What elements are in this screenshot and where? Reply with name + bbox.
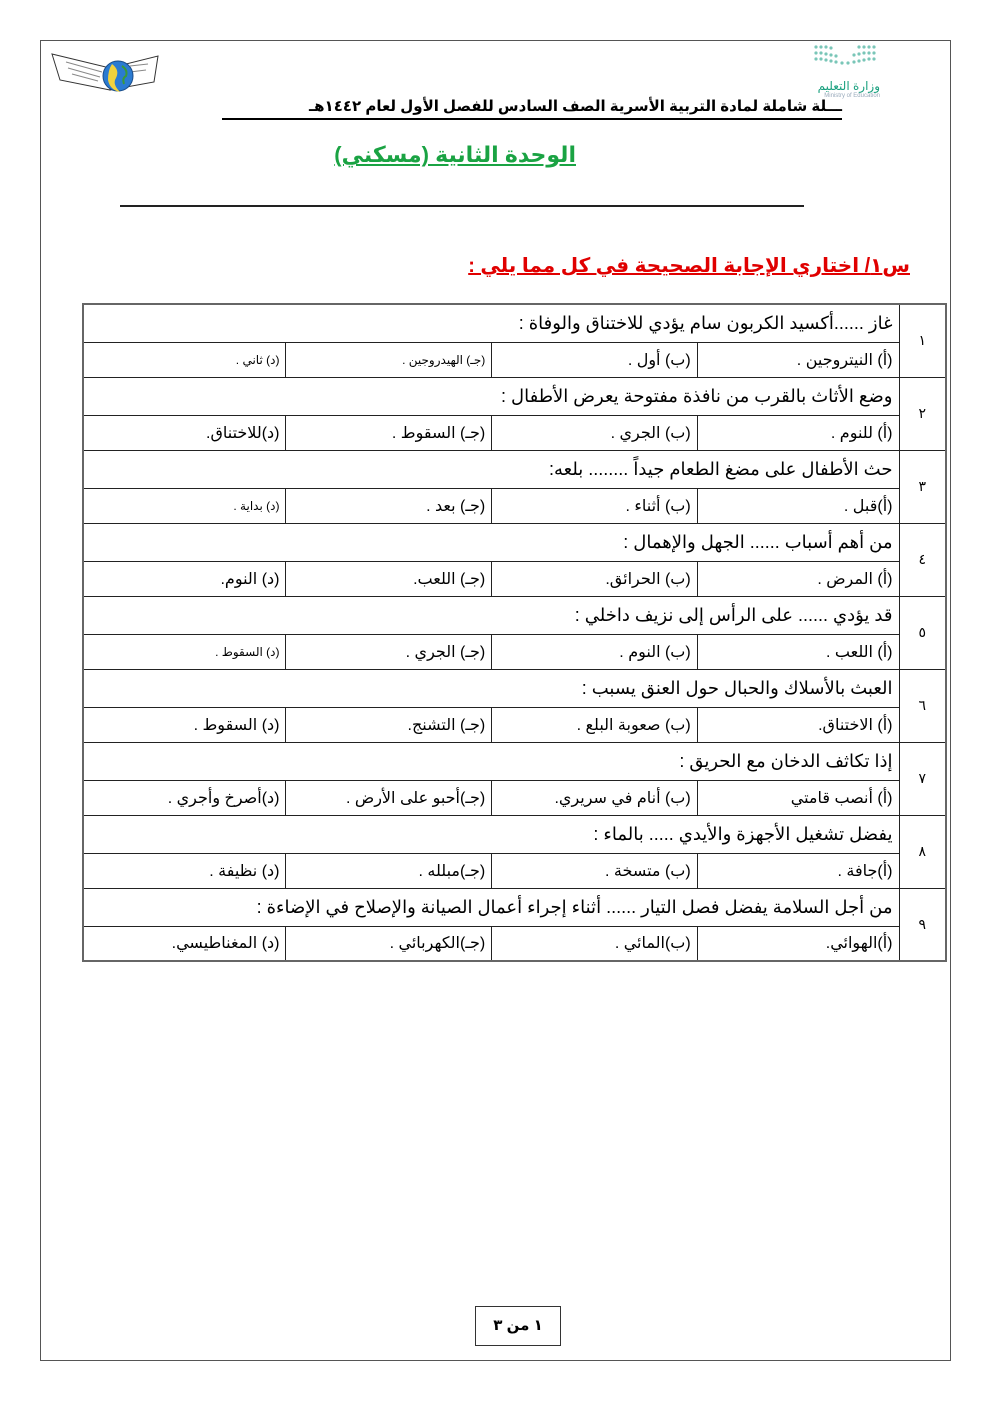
options-row: (أ) أنصب قامتي (ب) أنام في سريري. (جـ)أح… <box>83 780 946 815</box>
ministry-name-ar: وزارة التعليم <box>800 79 880 93</box>
option-b[interactable]: (ب) أثناء . <box>492 488 697 523</box>
option-b[interactable]: (ب) صعوبة البلع . <box>492 707 697 742</box>
question-number: ٩ <box>899 888 946 961</box>
question-number: ٧ <box>899 742 946 815</box>
question-stem: وضع الأثاث بالقرب من نافذة مفتوحة يعرض ا… <box>83 377 899 415</box>
ministry-logo-icon <box>812 44 878 66</box>
options-row: (أ)قبل . (ب) أثناء . (جـ) بعد . (د) بداي… <box>83 488 946 523</box>
options-row: (أ) للنوم . (ب) الجري . (جـ) السقوط . (د… <box>83 415 946 450</box>
question-row: ٧ إذا تكاثف الدخان مع الحريق : <box>83 742 946 780</box>
option-d[interactable]: (د) نظيفة . <box>83 853 286 888</box>
option-a[interactable]: (أ)جافة . <box>697 853 899 888</box>
option-d[interactable]: (د) بداية . <box>83 488 286 523</box>
question-row: ٣ حث الأطفال على مضغ الطعام جيداً ......… <box>83 450 946 488</box>
mcq-table: ١ غاز ......أكسيد الكربون سام يؤدي للاخت… <box>82 303 947 962</box>
option-a[interactable]: (أ)الهوائي. <box>697 926 899 961</box>
question-stem: يفضل تشغيل الأجهزة والأيدي ..... بالماء … <box>83 815 899 853</box>
question-number: ٣ <box>899 450 946 523</box>
option-a[interactable]: (أ) النيتروجين . <box>697 342 899 377</box>
option-d[interactable]: (د)للاختناق. <box>83 415 286 450</box>
question-number: ٤ <box>899 523 946 596</box>
option-c[interactable]: (جـ) السقوط . <box>286 415 492 450</box>
option-a[interactable]: (أ) أنصب قامتي <box>697 780 899 815</box>
question-row: ٤ من أهم أسباب ...... الجهل والإهمال : <box>83 523 946 561</box>
question-number: ١ <box>899 304 946 377</box>
question-number: ٦ <box>899 669 946 742</box>
separator-line <box>120 205 804 207</box>
question-stem: غاز ......أكسيد الكربون سام يؤدي للاختنا… <box>83 304 899 342</box>
option-c[interactable]: (جـ) اللعب. <box>286 561 492 596</box>
question-stem: من أهم أسباب ...... الجهل والإهمال : <box>83 523 899 561</box>
option-b[interactable]: (ب) أنام في سريري. <box>492 780 697 815</box>
option-a[interactable]: (أ) المرض . <box>697 561 899 596</box>
question-stem: قد يؤدي ...... على الرأس إلى نزيف داخلي … <box>83 596 899 634</box>
option-b[interactable]: (ب) النوم . <box>492 634 697 669</box>
option-c[interactable]: (جـ) الجري . <box>286 634 492 669</box>
globe-book-logo-icon <box>50 50 162 96</box>
options-row: (أ) المرض . (ب) الحرائق. (جـ) اللعب. (د)… <box>83 561 946 596</box>
option-d[interactable]: (د) السقوط . <box>83 634 286 669</box>
option-b[interactable]: (ب) أول . <box>492 342 697 377</box>
unit-title: الوحدة الثانية (مسكني) <box>300 142 576 168</box>
page-number: ١ من ٣ <box>475 1306 561 1346</box>
options-row: (أ)جافة . (ب) متسخة . (جـ)مبلله . (د) نظ… <box>83 853 946 888</box>
option-c[interactable]: (جـ) التشنج. <box>286 707 492 742</box>
question-number: ٢ <box>899 377 946 450</box>
option-d[interactable]: (د) ثاني . <box>83 342 286 377</box>
question-row: ٥ قد يؤدي ...... على الرأس إلى نزيف داخل… <box>83 596 946 634</box>
question-row: ٢ وضع الأثاث بالقرب من نافذة مفتوحة يعرض… <box>83 377 946 415</box>
option-d[interactable]: (د) النوم. <box>83 561 286 596</box>
option-a[interactable]: (أ) الاختناق. <box>697 707 899 742</box>
question-row: ٦ العبث بالأسلاك والحبال حول العنق يسبب … <box>83 669 946 707</box>
option-c[interactable]: (جـ)مبلله . <box>286 853 492 888</box>
option-b[interactable]: (ب) الحرائق. <box>492 561 697 596</box>
options-row: (أ) اللعب . (ب) النوم . (جـ) الجري . (د)… <box>83 634 946 669</box>
option-b[interactable]: (ب) متسخة . <box>492 853 697 888</box>
question-stem: حث الأطفال على مضغ الطعام جيداً ........… <box>83 450 899 488</box>
option-c[interactable]: (جـ)أحبو على الأرض . <box>286 780 492 815</box>
question-stem: إذا تكاثف الدخان مع الحريق : <box>83 742 899 780</box>
option-d[interactable]: (د) السقوط . <box>83 707 286 742</box>
option-b[interactable]: (ب) الجري . <box>492 415 697 450</box>
option-c[interactable]: (جـ) بعد . <box>286 488 492 523</box>
option-d[interactable]: (د) المغناطيسي. <box>83 926 286 961</box>
option-c[interactable]: (جـ) الهيدروجين . <box>286 342 492 377</box>
question-stem: من أجل السلامة يفضل فصل التيار ...... أث… <box>83 888 899 926</box>
question-number: ٨ <box>899 815 946 888</box>
exam-header-title: ـــلة شاملة لمادة التربية الأسرية الصف ا… <box>222 98 842 120</box>
question-heading: س١/ اختاري الإجابة الصحيحة في كل مما يلي… <box>470 253 910 278</box>
option-a[interactable]: (أ) اللعب . <box>697 634 899 669</box>
option-a[interactable]: (أ) للنوم . <box>697 415 899 450</box>
question-row: ٨ يفضل تشغيل الأجهزة والأيدي ..... بالما… <box>83 815 946 853</box>
option-a[interactable]: (أ)قبل . <box>697 488 899 523</box>
question-row: ١ غاز ......أكسيد الكربون سام يؤدي للاخت… <box>83 304 946 342</box>
options-row: (أ) النيتروجين . (ب) أول . (جـ) الهيدروج… <box>83 342 946 377</box>
option-c[interactable]: (جـ)الكهربائي . <box>286 926 492 961</box>
question-row: ٩ من أجل السلامة يفضل فصل التيار ...... … <box>83 888 946 926</box>
question-number: ٥ <box>899 596 946 669</box>
option-d[interactable]: (د)أصرخ وأجري . <box>83 780 286 815</box>
options-row: (أ) الاختناق. (ب) صعوبة البلع . (جـ) الت… <box>83 707 946 742</box>
option-b[interactable]: (ب)المائي . <box>492 926 697 961</box>
question-stem: العبث بالأسلاك والحبال حول العنق يسبب : <box>83 669 899 707</box>
options-row: (أ)الهوائي. (ب)المائي . (جـ)الكهربائي . … <box>83 926 946 961</box>
